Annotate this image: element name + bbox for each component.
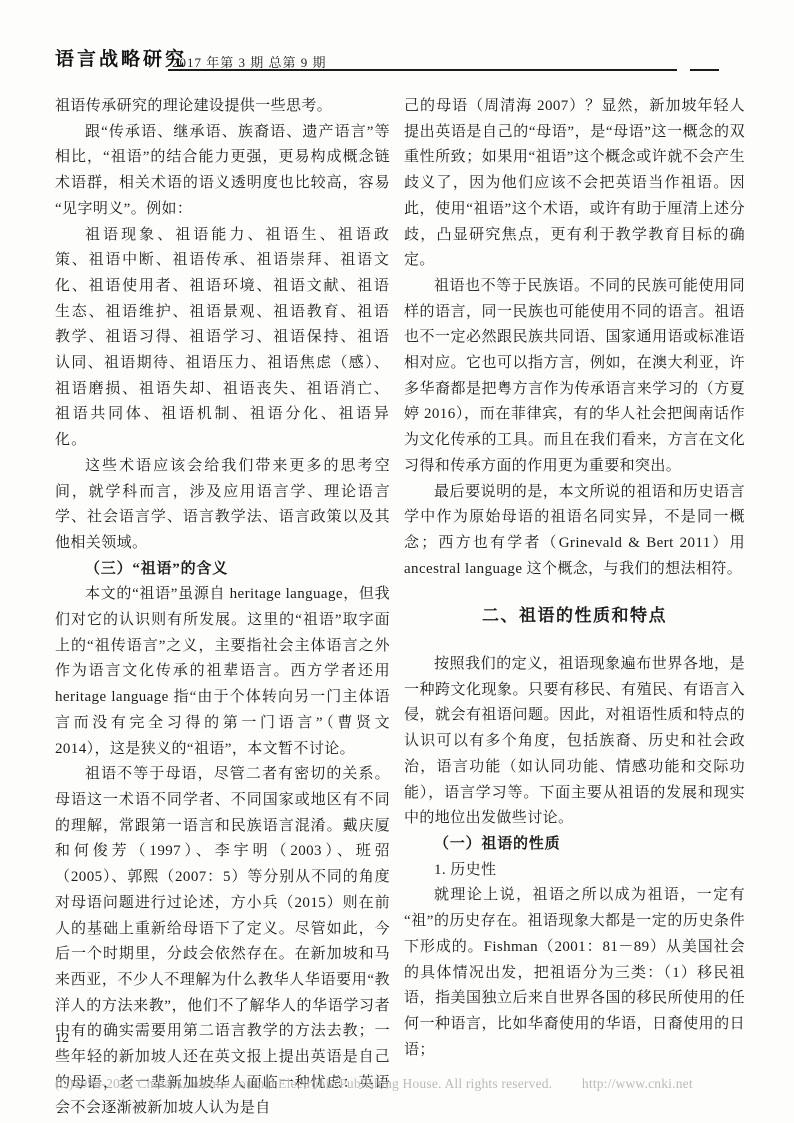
item-heading-historicity: 1. 历史性 [404, 858, 745, 884]
copyright-watermark: (C)1994-2021 China Academic Journal Elec… [55, 1076, 755, 1092]
copyright-notice: (C)1994-2021 China Academic Journal Elec… [55, 1076, 552, 1091]
left-column: 祖语传承研究的理论建设提供一些思考。 跟“传承语、继承语、族裔语、遗产语言”等相… [55, 94, 390, 1122]
page-number: 12 [55, 1031, 69, 1047]
header-rule-segment [690, 69, 719, 71]
journal-title: 语言战略研究 [55, 44, 187, 71]
paragraph-mother-tongue: 祖语不等于母语，尽管二者有密切的关系。母语这一术语不同学者、不同国家或地区有不同… [55, 762, 390, 1122]
paragraph-final-note: 最后要说明的是，本文所说的祖语和历史语言学中作为原始母语的祖语名同实异，不是同一… [404, 480, 745, 583]
paragraph-meaning: 本文的“祖语”虽源自 heritage language，但我们对它的认识则有所… [55, 582, 390, 762]
term-list-quote: 祖语现象、祖语能力、祖语生、祖语政策、祖语中断、祖语传承、祖语崇拜、祖语文化、祖… [55, 223, 390, 454]
paragraph-historicity: 就理论上说，祖语之所以成为祖语，一定有“祖”的历史存在。祖语现象大都是一定的历史… [404, 883, 745, 1063]
paragraph-definition: 按照我们的定义，祖语现象遍布世界各地，是一种跨文化现象。只要有移民、有殖民、有语… [404, 652, 745, 832]
paragraph-continuation: 己的母语（周清海 2007）？显然，新加坡年轻人提出英语是自己的“母语”，是“母… [404, 94, 745, 274]
paragraph-terms-comment: 这些术语应该会给我们带来更多的思考空间，就学科而言，涉及应用语言学、理论语言学、… [55, 454, 390, 557]
header-rule [168, 69, 677, 71]
paragraph-term-comparison: 跟“传承语、继承语、族裔语、遗产语言”等相比，“祖语”的结合能力更强，更易构成概… [55, 120, 390, 223]
right-column: 己的母语（周清海 2007）？显然，新加坡年轻人提出英语是自己的“母语”，是“母… [404, 94, 745, 1063]
paragraph-continuation: 祖语传承研究的理论建设提供一些思考。 [55, 94, 390, 120]
journal-page: 语言战略研究 2017 年第 3 期 总第 9 期 祖语传承研究的理论建设提供一… [0, 0, 794, 1123]
subsection-heading-meaning: （三）“祖语”的含义 [55, 557, 390, 583]
subsection-heading-nature: （一）祖语的性质 [404, 832, 745, 858]
cnki-url: http://www.cnki.net [582, 1076, 693, 1091]
paragraph-ethnic-language: 祖语也不等于民族语。不同的民族可能使用同样的语言，同一民族也可能使用不同的语言。… [404, 274, 745, 480]
section-heading-nature: 二、祖语的性质和特点 [404, 603, 745, 629]
